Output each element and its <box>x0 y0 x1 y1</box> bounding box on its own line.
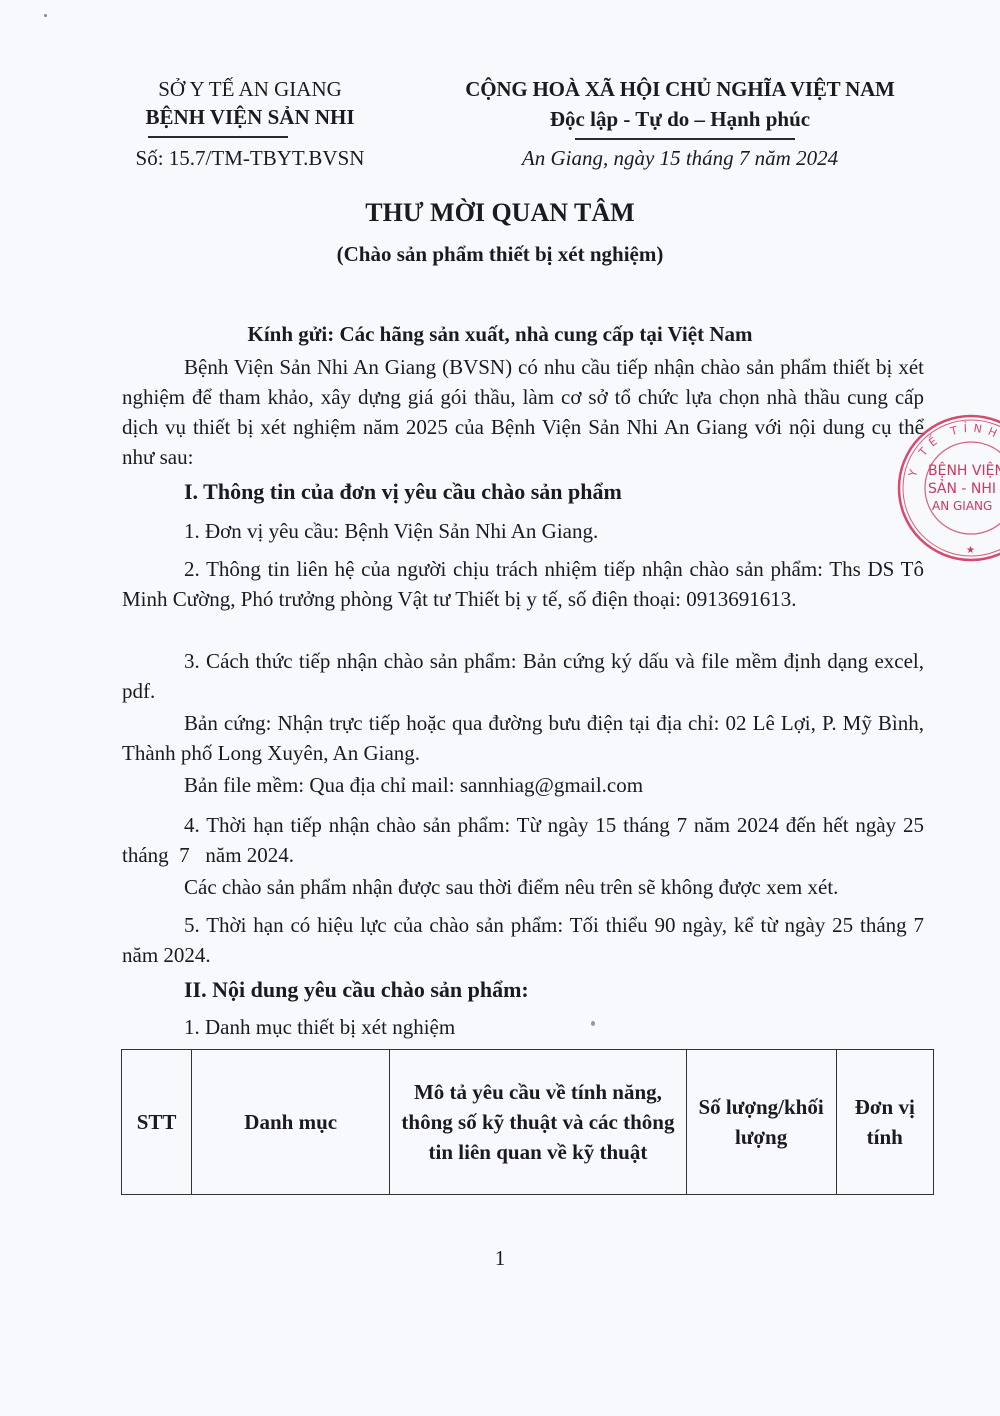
column-header-stt: STT <box>122 1050 192 1195</box>
page-number: 1 <box>0 1246 1000 1271</box>
section-1-heading: I. Thông tin của đơn vị yêu cầu chào sản… <box>122 477 924 507</box>
table-header-row: STT Danh mục Mô tả yêu cầu về tính năng,… <box>122 1050 934 1195</box>
document-title: THƯ MỜI QUAN TÂM <box>0 198 1000 228</box>
section-2-item-1: 1. Danh mục thiết bị xét nghiệm <box>122 1012 924 1042</box>
place-date: An Giang, ngày 15 tháng 7 năm 2024 <box>410 145 950 171</box>
column-header-category: Danh mục <box>192 1050 390 1195</box>
national-motto: Độc lập - Tự do – Hạnh phúc <box>410 106 950 132</box>
department-name: SỞ Y TẾ AN GIANG <box>100 76 400 102</box>
section-1-item-3: 3. Cách thức tiếp nhận chào sản phẩm: Bả… <box>122 646 924 706</box>
svg-text:BỆNH VIỆN: BỆNH VIỆN <box>928 461 1000 479</box>
hard-copy-info: Bản cứng: Nhận trực tiếp hoặc qua đường … <box>122 708 924 768</box>
recipient-line: Kính gửi: Các hãng sản xuất, nhà cung cấ… <box>0 322 1000 347</box>
section-1-item-4: 4. Thời hạn tiếp nhận chào sản phẩm: Từ … <box>122 810 924 870</box>
section-1-item-2: 2. Thông tin liên hệ của người chịu trác… <box>122 554 924 614</box>
column-header-description: Mô tả yêu cầu về tính năng, thông số kỹ … <box>390 1050 687 1195</box>
scan-mark <box>44 14 47 17</box>
svg-text:AN GIANG: AN GIANG <box>932 499 992 513</box>
header-left-rule <box>148 136 288 138</box>
late-submission-note: Các chào sản phẩm nhận được sau thời điể… <box>122 872 924 902</box>
soft-copy-info: Bản file mềm: Qua địa chỉ mail: sannhiag… <box>122 770 924 800</box>
scan-speck <box>591 1021 595 1026</box>
section-2-heading: II. Nội dung yêu cầu chào sản phẩm: <box>122 975 924 1005</box>
svg-text:★: ★ <box>966 545 975 556</box>
svg-text:SẢN - NHI: SẢN - NHI <box>928 479 996 497</box>
official-seal-icon: Y TẾ TỈNH BỆNH VIỆN SẢN - NHI AN GIANG ★ <box>896 413 1000 563</box>
column-header-quantity: Số lượng/khối lượng <box>686 1050 836 1195</box>
section-1-item-1: 1. Đơn vị yêu cầu: Bệnh Viện Sản Nhi An … <box>122 516 924 546</box>
header-right-rule <box>575 138 795 140</box>
organization-name: BỆNH VIỆN SẢN NHI <box>100 104 400 130</box>
document-subtitle: (Chào sản phẩm thiết bị xét nghiệm) <box>0 242 1000 267</box>
section-1-item-5: 5. Thời hạn có hiệu lực của chào sản phẩ… <box>122 910 924 970</box>
intro-paragraph: Bệnh Viện Sản Nhi An Giang (BVSN) có nhu… <box>122 352 924 472</box>
document-number: Số: 15.7/TM-TBYT.BVSN <box>100 145 400 171</box>
national-title: CỘNG HOÀ XÃ HỘI CHỦ NGHĨA VIỆT NAM <box>410 76 950 102</box>
column-header-unit: Đơn vị tính <box>836 1050 933 1195</box>
equipment-table: STT Danh mục Mô tả yêu cầu về tính năng,… <box>121 1049 934 1195</box>
document-page: SỞ Y TẾ AN GIANG BỆNH VIỆN SẢN NHI Số: 1… <box>0 0 1000 1416</box>
